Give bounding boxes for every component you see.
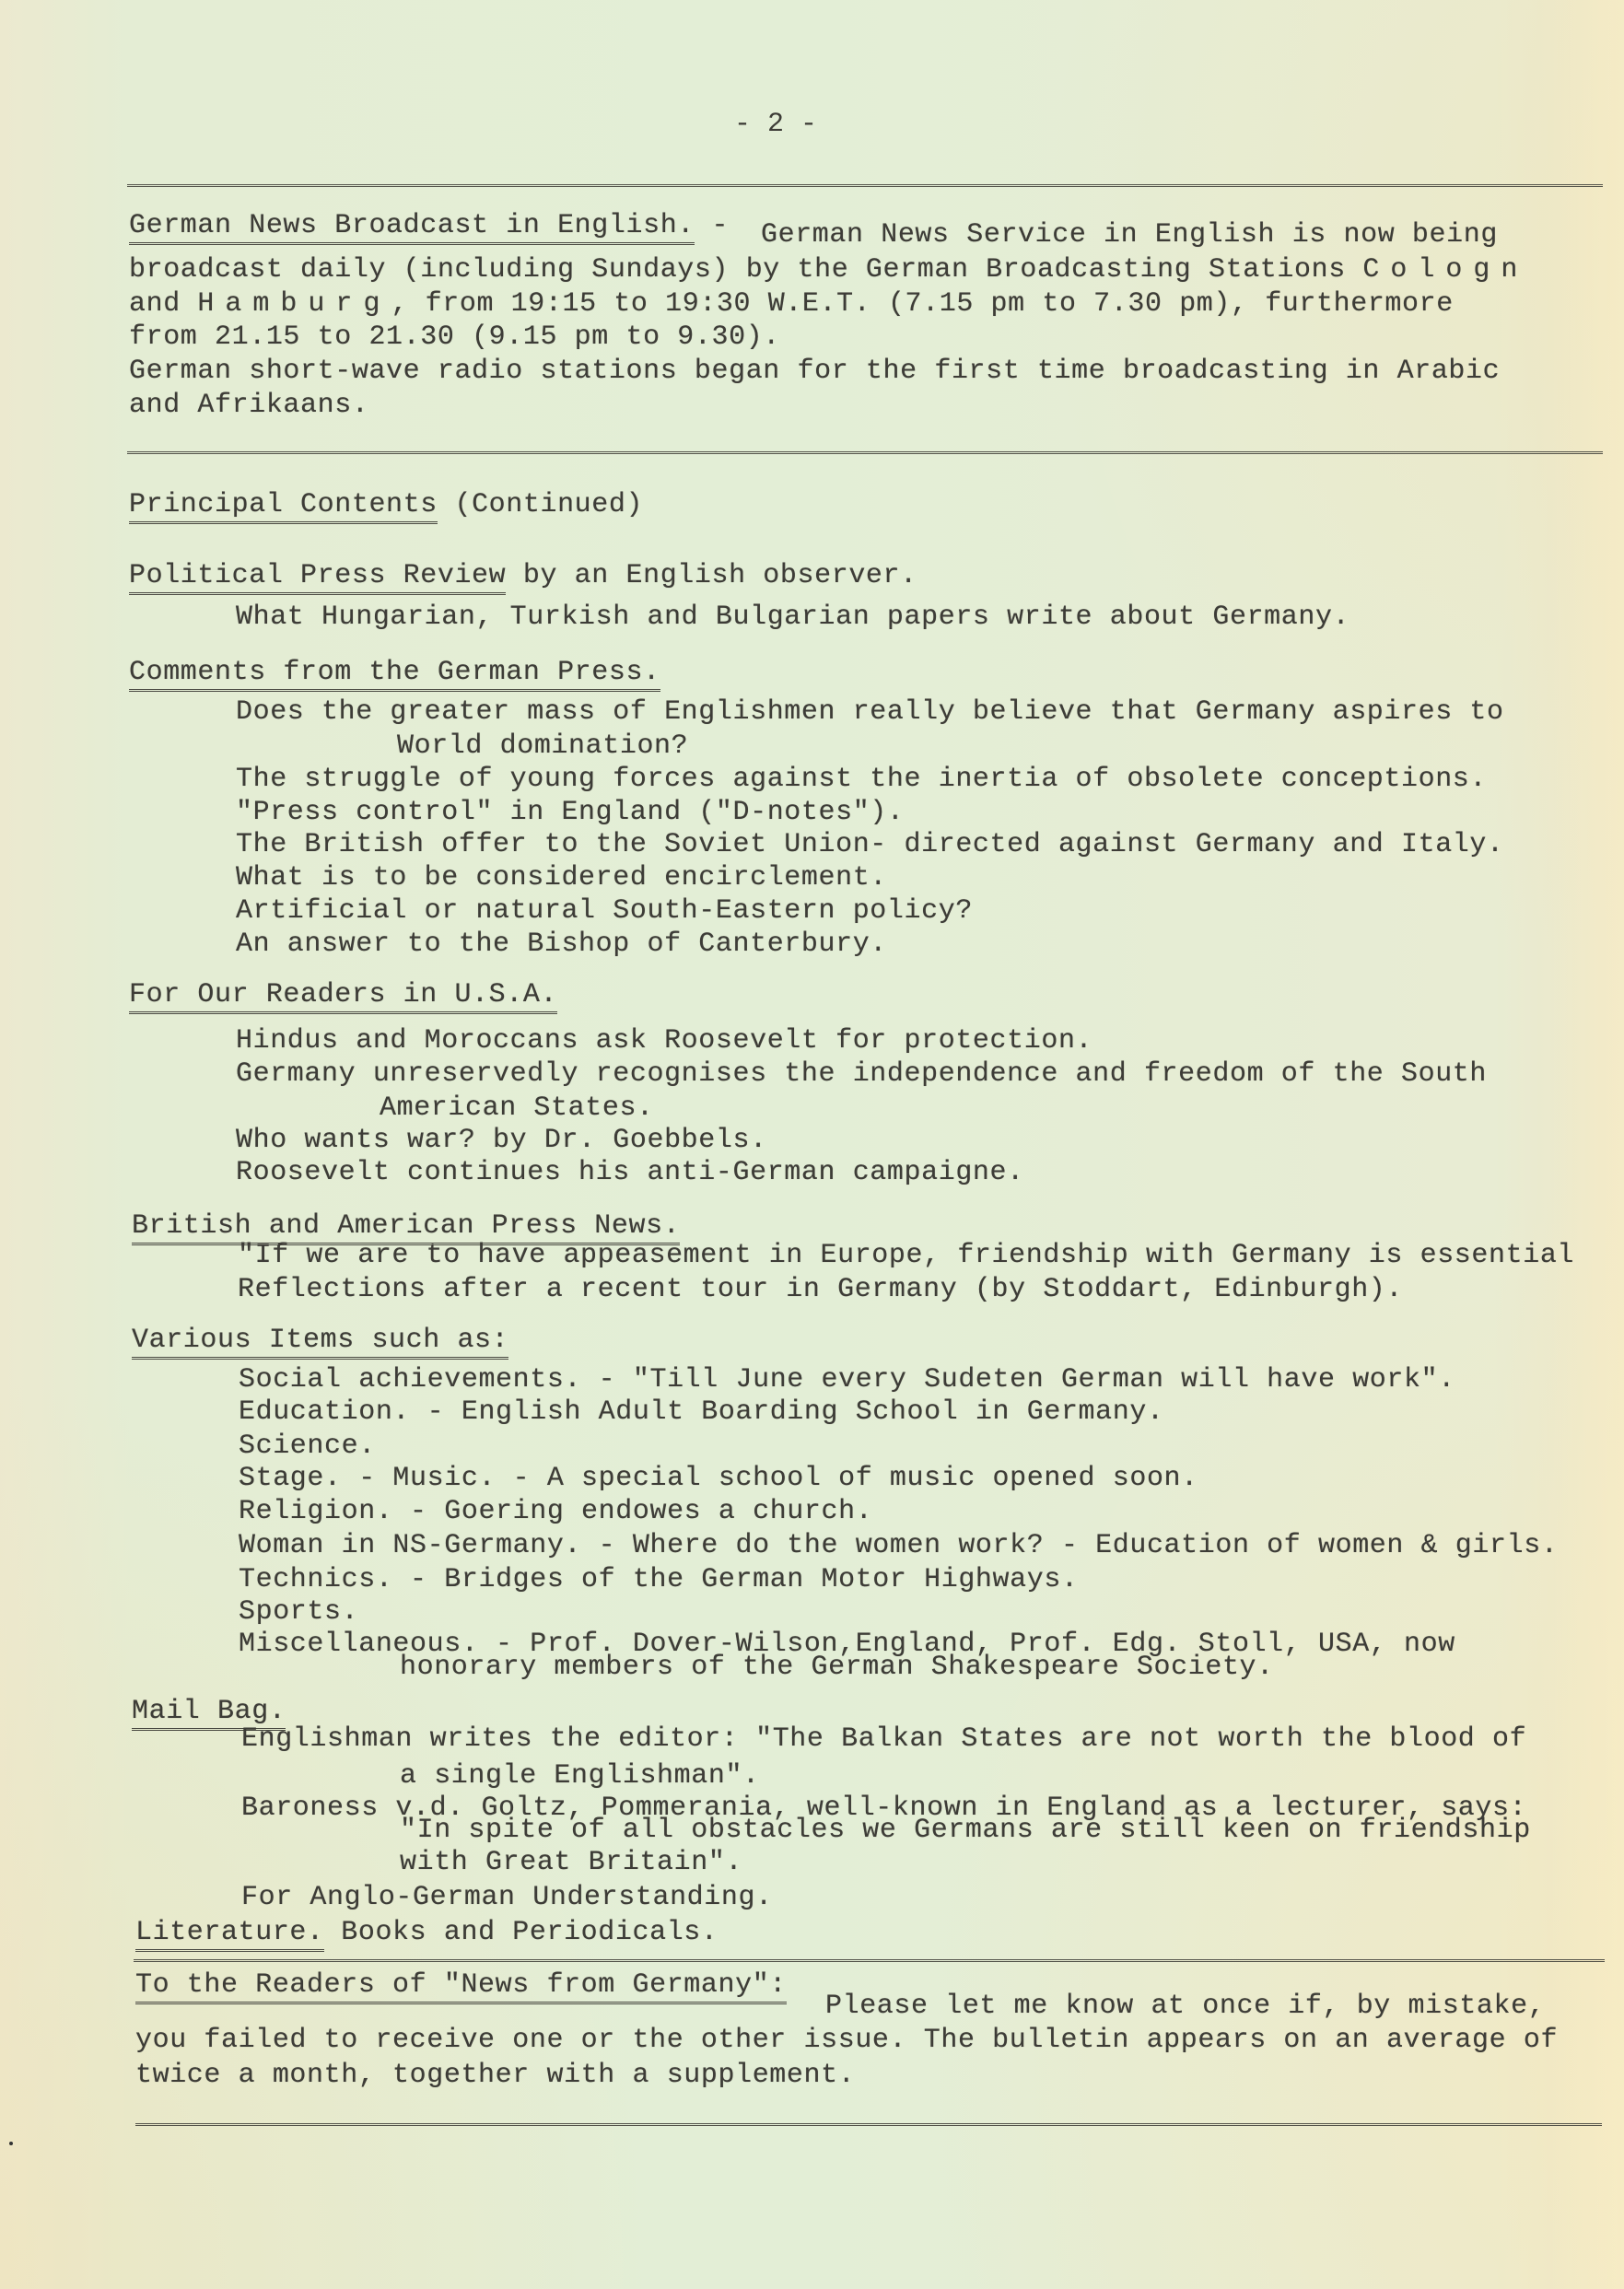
section-heading-political-press-review: Political Press Review by an English obs…	[129, 560, 917, 591]
station-hamburg: Hamburg	[197, 288, 391, 320]
list-item: Reflections after a recent tour in Germa…	[238, 1274, 1403, 1305]
section-heading-various-items: Various Items such as:	[132, 1325, 508, 1356]
broadcast-line: and Afrikaans.	[129, 390, 368, 421]
list-item: Science.	[239, 1431, 376, 1462]
list-item-continuation: American States.	[380, 1092, 654, 1124]
section-title: Political Press Review	[129, 560, 506, 595]
broadcast-line: from 21.15 to 21.30 (9.15 pm to 9.30).	[129, 321, 780, 353]
list-item: The struggle of young forces against the…	[236, 764, 1487, 795]
broadcast-line-text: , from 19:15 to 19:30 W.E.T. (7.15 pm to…	[391, 288, 1453, 320]
list-item: Englishman writes the editor: "The Balka…	[241, 1723, 1526, 1755]
horizontal-rule	[127, 184, 1603, 187]
readers-notice-line: twice a month, together with a supplemen…	[135, 2060, 855, 2091]
list-item: Social achievements. - "Till June every …	[239, 1364, 1455, 1396]
section-heading-literature: Literature. Books and Periodicals.	[135, 1917, 719, 1948]
list-item-continuation: a single Englishman".	[400, 1760, 760, 1792]
horizontal-rule	[135, 2123, 1602, 2126]
broadcast-line: broadcast daily (including Sundays) by t…	[129, 254, 1528, 286]
section-heading-british-american-press: British and American Press News.	[132, 1210, 680, 1242]
list-item-continuation: honorary members of the German Shakespea…	[400, 1652, 1274, 1683]
horizontal-rule	[127, 451, 1603, 454]
list-item: Hindus and Moroccans ask Roosevelt for p…	[236, 1025, 1092, 1057]
readers-notice-heading: To the Readers of "News from Germany":	[135, 1969, 787, 2001]
readers-notice-heading-text: To the Readers of "News from Germany":	[135, 1969, 787, 2004]
section-title: Literature.	[135, 1917, 324, 1952]
contents-heading-suffix: (Continued)	[438, 489, 643, 520]
broadcast-heading-dash: -	[695, 210, 729, 241]
list-item: "Press control" in England ("D-notes").	[236, 797, 905, 828]
section-title: Various Items such as:	[132, 1325, 508, 1360]
section-heading-usa-readers: For Our Readers in U.S.A.	[129, 979, 557, 1010]
list-item: Woman in NS-Germany. - Where do the wome…	[239, 1530, 1558, 1561]
broadcast-heading-text: German News Broadcast in English.	[129, 210, 695, 245]
broadcast-line: and Hamburg, from 19:15 to 19:30 W.E.T. …	[129, 288, 1454, 320]
section-heading-mail-bag: Mail Bag.	[132, 1696, 286, 1727]
broadcast-line-text: and	[129, 288, 197, 320]
list-item: "If we are to have appeasement in Europe…	[238, 1240, 1574, 1271]
page-number: - 2 -	[734, 109, 817, 140]
station-cologne: Cologn	[1362, 254, 1528, 286]
list-item: Technics. - Bridges of the German Motor …	[239, 1564, 1079, 1595]
list-item: Who wants war? by Dr. Goebbels.	[236, 1125, 767, 1156]
list-item-continuation: with Great Britain".	[400, 1847, 742, 1878]
contents-heading: Principal Contents (Continued)	[129, 489, 643, 520]
broadcast-line: German short-wave radio stations began f…	[129, 356, 1500, 387]
list-item: The British offer to the Soviet Union- d…	[236, 829, 1504, 860]
section-title: For Our Readers in U.S.A.	[129, 979, 557, 1014]
section-title-suffix: by an English observer.	[506, 560, 917, 591]
readers-notice-line: Please let me know at once if, by mistak…	[825, 1991, 1545, 2022]
paper-edge-shading	[1550, 0, 1624, 2289]
list-item: Germany unreservedly recognises the inde…	[236, 1058, 1487, 1090]
contents-heading-text: Principal Contents	[129, 489, 438, 524]
list-item: An answer to the Bishop of Canterbury.	[236, 928, 887, 960]
horizontal-rule	[134, 1959, 1605, 1962]
list-item: What Hungarian, Turkish and Bulgarian pa…	[236, 601, 1349, 633]
list-item: For Anglo-German Understanding.	[241, 1882, 773, 1913]
list-item: Sports.	[239, 1596, 358, 1628]
list-item: Roosevelt continues his anti-German camp…	[236, 1157, 1024, 1188]
list-item: Artificial or natural South-Eastern poli…	[236, 895, 973, 927]
broadcast-heading: German News Broadcast in English. -	[129, 210, 729, 241]
broadcast-line: German News Service in English is now be…	[761, 219, 1498, 251]
section-heading-german-press: Comments from the German Press.	[129, 657, 660, 688]
section-title: Comments from the German Press.	[129, 657, 660, 692]
list-item-continuation: "In spite of all obstacles we Germans ar…	[400, 1815, 1531, 1846]
list-item: What is to be considered encirclement.	[236, 862, 887, 893]
list-item: Does the greater mass of Englishmen real…	[236, 696, 1504, 728]
readers-notice-line: you failed to receive one or the other i…	[135, 2025, 1558, 2056]
list-item: Religion. - Goering endowes a church.	[239, 1496, 872, 1527]
list-item: Education. - English Adult Boarding Scho…	[239, 1396, 1164, 1428]
broadcast-line-text: broadcast daily (including Sundays) by t…	[129, 254, 1362, 286]
paper-speck	[9, 2142, 13, 2145]
list-item: Stage. - Music. - A special school of mu…	[239, 1463, 1198, 1494]
section-title-suffix: Books and Periodicals.	[324, 1917, 719, 1948]
list-item-continuation: World domination?	[397, 730, 688, 762]
